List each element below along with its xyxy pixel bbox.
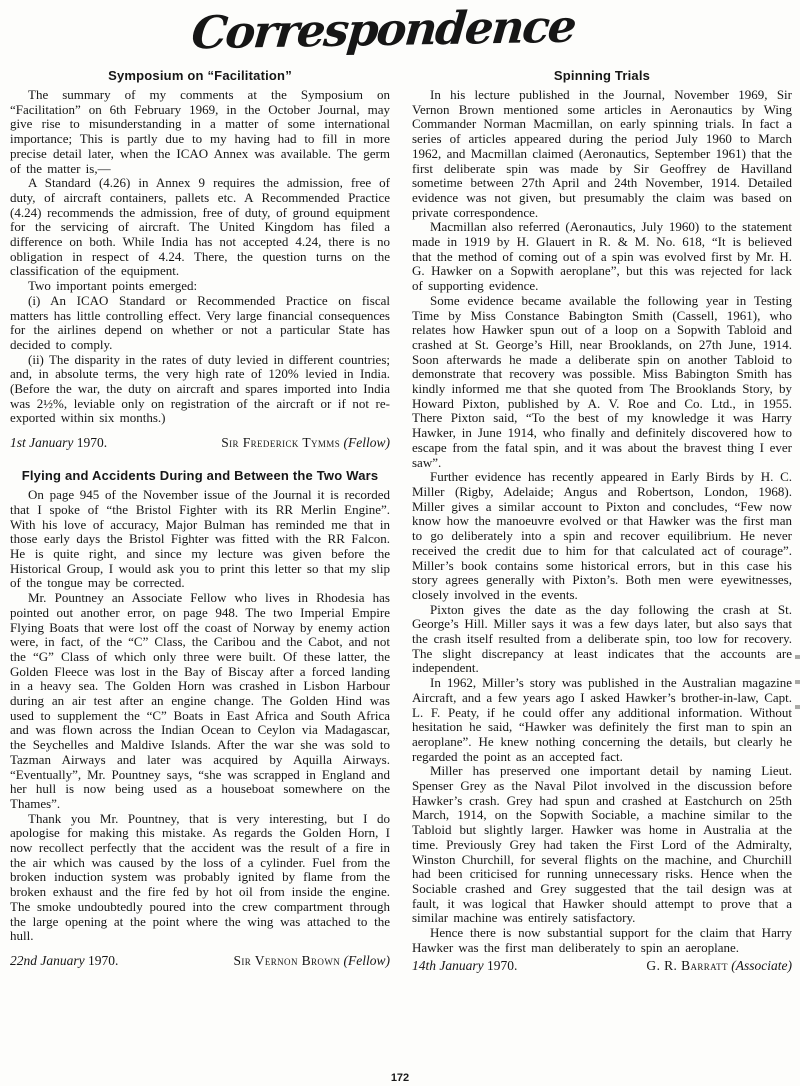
- paragraph: Two important points emerged:: [10, 279, 390, 294]
- letter-signature: G. R. Barratt (Associate): [646, 958, 792, 974]
- paragraph: (ii) The disparity in the rates of duty …: [10, 353, 390, 427]
- letter-signature: Sir Vernon Brown (Fellow): [233, 953, 390, 969]
- paragraph: Further evidence has recently appeared i…: [412, 470, 792, 602]
- right-column: Spinning Trials In his lecture published…: [412, 64, 792, 974]
- paragraph: (i) An ICAO Standard or Recommended Prac…: [10, 294, 390, 353]
- paragraph: Pixton gives the date as the day followi…: [412, 603, 792, 677]
- paragraph: Hence there is now substantial support f…: [412, 926, 792, 955]
- letter-date: 22nd January 1970.: [10, 953, 118, 969]
- paragraph: In 1962, Miller’s story was published in…: [412, 676, 792, 764]
- paragraph: A Standard (4.26) in Annex 9 requires th…: [10, 176, 390, 279]
- letter-dateline: 22nd January 1970. Sir Vernon Brown (Fel…: [10, 953, 390, 969]
- section-symposium-on-facilitation: Symposium on “Facilitation” The summary …: [10, 68, 390, 451]
- section-heading: Symposium on “Facilitation”: [10, 68, 390, 83]
- paragraph: Miller has preserved one important detai…: [412, 764, 792, 926]
- section-spinning-trials: Spinning Trials In his lecture published…: [412, 68, 792, 974]
- letter-dateline: 1st January 1970. Sir Frederick Tymms (F…: [10, 435, 390, 451]
- paragraph: Thank you Mr. Pountney, that is very int…: [10, 812, 390, 944]
- paragraph: The summary of my comments at the Sympos…: [10, 88, 390, 176]
- page-number: 172: [0, 1072, 800, 1084]
- section-flying-and-accidents: Flying and Accidents During and Between …: [10, 468, 390, 969]
- letter-dateline: 14th January 1970. G. R. Barratt (Associ…: [412, 958, 792, 974]
- scan-artifact-mark: [795, 655, 800, 659]
- letter-signature: Sir Frederick Tymms (Fellow): [221, 435, 390, 451]
- section-heading: Spinning Trials: [412, 68, 792, 83]
- journal-correspondence-page: Correspondence Symposium on “Facilitatio…: [0, 0, 800, 1086]
- left-column: Symposium on “Facilitation” The summary …: [10, 64, 390, 974]
- letter-date: 1st January 1970.: [10, 435, 107, 451]
- section-heading: Flying and Accidents During and Between …: [10, 468, 390, 483]
- masthead: Correspondence: [0, 4, 774, 58]
- page-title: Correspondence: [189, 1, 576, 60]
- paragraph: On page 945 of the November issue of the…: [10, 488, 390, 591]
- paragraph: Mr. Pountney an Associate Fellow who liv…: [10, 591, 390, 812]
- two-column-layout: Symposium on “Facilitation” The summary …: [10, 64, 792, 974]
- letter-date: 14th January 1970.: [412, 958, 517, 974]
- scan-artifact-mark: [795, 680, 800, 684]
- paragraph: In his lecture published in the Journal,…: [412, 88, 792, 220]
- scan-artifact-mark: [795, 705, 800, 709]
- paragraph: Macmillan also referred (Aeronautics, Ju…: [412, 220, 792, 294]
- paragraph: Some evidence became available the follo…: [412, 294, 792, 470]
